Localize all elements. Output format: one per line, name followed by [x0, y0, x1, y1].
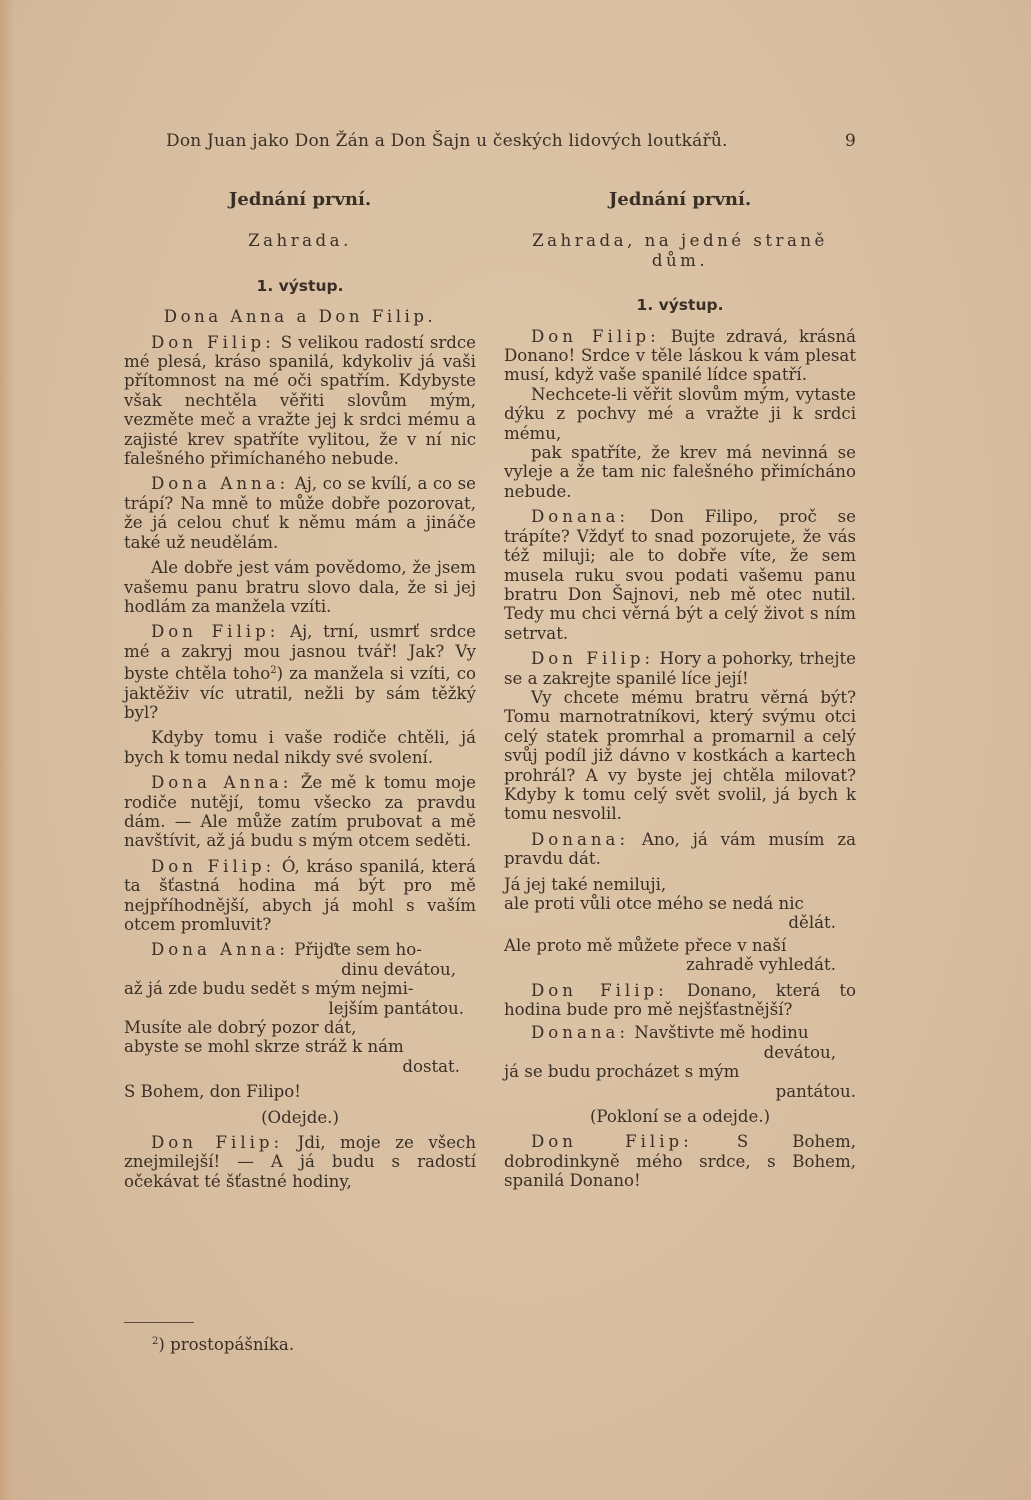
speech-continued: Ale dobře jest vám povědomo, že jsem vaš…: [124, 558, 476, 616]
stage-direction: (Pokloní se a odejde.): [504, 1107, 856, 1126]
verse-line: S Bohem, don Filipo!: [124, 1082, 476, 1101]
verse-continuation: lejším pantátou.: [124, 999, 476, 1018]
speech: Don Filip: S Bohem, dobrodinkyně mého sr…: [504, 1132, 856, 1190]
cast-line: Dona Anna a Don Filip.: [124, 307, 476, 326]
verse-line: Ale proto mě můžete přece v naší: [504, 936, 856, 955]
speaker: Don Filip:: [531, 981, 668, 1000]
speech-continued: Kdyby tomu i vaše rodiče chtěli, já bych…: [124, 728, 476, 767]
speech: Don Filip: Bujte zdravá, krásná Donano! …: [504, 327, 856, 385]
right-column: Jednání první. Zahrada, na jedné straně …: [504, 186, 856, 1197]
speaker: Don Filip:: [531, 327, 660, 346]
verse-line: Donana: Navštivte mě hodinu: [504, 1023, 856, 1042]
speaker: Dona Anna:: [151, 773, 292, 792]
verse-line: Musíte ale dobrý pozor dát,: [124, 1018, 476, 1037]
appearance-heading: 1. výstup.: [504, 296, 856, 315]
speech-continued: Nechcete-li věřit slovům mým, vytaste dý…: [504, 385, 856, 443]
speaker: Donana:: [531, 507, 629, 526]
verse-continuation: pantátou.: [504, 1082, 856, 1101]
footnote-text: ) prostopášníka.: [158, 1335, 294, 1354]
speech: Donana: Ano, já vám musím za pravdu dát.: [504, 830, 856, 869]
speaker: Dona Anna:: [151, 940, 289, 959]
speech: Donana: Don Filipo, proč se trápíte? Vžd…: [504, 507, 856, 643]
verse-line: já se budu procházet s mým: [504, 1062, 856, 1081]
scene-heading: Zahrada.: [124, 231, 476, 250]
verse-line: až já zde budu sedět s mým nejmi-: [124, 979, 476, 998]
verse-line: Já jej také nemiluji,: [504, 875, 856, 894]
scene-heading-cont: dům.: [504, 251, 856, 270]
speech: Don Filip: Ó, kráso spanilá, která ta šť…: [124, 857, 476, 935]
speech-continued: pak spatříte, že krev má nevinná se vyle…: [504, 443, 856, 501]
speaker: Don Filip:: [151, 857, 275, 876]
scene-heading: Zahrada, na jedné straně: [504, 231, 856, 250]
running-title: Don Juan jako Don Žán a Don Šajn u český…: [166, 131, 728, 151]
speaker: Don Filip:: [151, 333, 275, 352]
act-heading: Jednání první.: [504, 190, 856, 209]
footnote: 2) prostopášníka.: [152, 1335, 294, 1354]
verse-line: Dona Anna: Přijďte sem ho-: [124, 940, 476, 959]
page-number: 9: [845, 131, 856, 151]
speech: Don Filip: Hory a pohorky, trhejte se a …: [504, 649, 856, 688]
speech: Don Filip: Jdi, moje ze všech znejmilejš…: [124, 1133, 476, 1191]
speech: Dona Anna: Že mě k tomu moje rodiče nutě…: [124, 773, 476, 851]
speaker: Don Filip:: [531, 649, 654, 668]
stage-direction: (Odejde.): [124, 1108, 476, 1127]
verse-continuation: zahradě vyhledát.: [504, 955, 856, 974]
speaker: Dona Anna:: [151, 474, 289, 493]
running-head: Don Juan jako Don Žán a Don Šajn u český…: [166, 131, 856, 151]
verse-continuation: devátou,: [504, 1043, 856, 1062]
verse-line: abyste se mohl skrze stráž k nám: [124, 1037, 476, 1056]
speech: Don Filip: Aj, trní, usmrť srdce mé a za…: [124, 622, 476, 722]
page-edge-shadow: [0, 0, 14, 1500]
speech: Don Filip: Donano, která to hodina bude …: [504, 981, 856, 1020]
speaker: Don Filip:: [151, 1133, 283, 1152]
speaker: Donana:: [531, 830, 629, 849]
speech-continued: Vy chcete mému bratru věrná být? Tomu ma…: [504, 688, 856, 824]
speech: Dona Anna: Aj, co se kvílí, a co se tráp…: [124, 474, 476, 552]
verse-continuation: dělát.: [504, 913, 856, 932]
speaker: Donana:: [531, 1023, 629, 1042]
act-heading: Jednání první.: [124, 190, 476, 209]
speech: Don Filip: S velikou radostí srdce mé pl…: [124, 333, 476, 469]
speaker: Don Filip:: [531, 1132, 693, 1151]
verse-continuation: dinu devátou,: [124, 960, 476, 979]
verse-line: ale proti vůli otce mého se nedá nic: [504, 894, 856, 913]
left-column: Jednání první. Zahrada. 1. výstup. Dona …: [124, 186, 476, 1197]
verse-continuation: dostat.: [124, 1057, 476, 1076]
footnote-divider: [124, 1322, 194, 1323]
appearance-heading: 1. výstup.: [124, 277, 476, 296]
speaker: Don Filip:: [151, 622, 279, 641]
